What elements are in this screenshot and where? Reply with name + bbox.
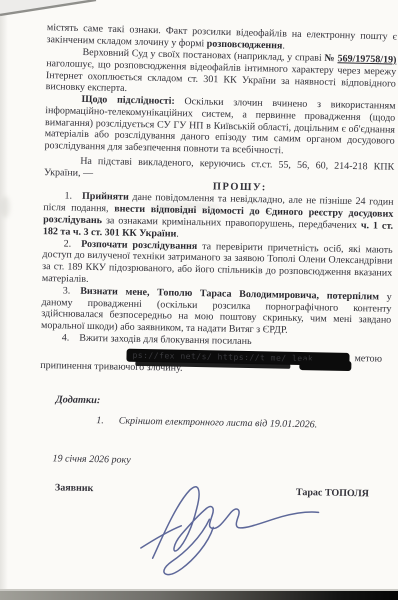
bleed-through-artifact: [1, 196, 10, 218]
attachment-item-1: 1. Скріншот електронного листа від 19.01…: [39, 414, 389, 433]
signature-cross-stroke: [141, 525, 181, 549]
attachments-heading: Додатки:: [40, 394, 390, 413]
scan-bottom-edge: [0, 589, 398, 600]
document-body: містять саме такі ознаки. Факт розсилки …: [36, 22, 397, 597]
signature-descender-stroke: [164, 518, 214, 575]
request-item-1: 1. Прийняти дане повідомлення та невідкл…: [43, 190, 394, 244]
paragraph-jurisdiction: Щодо підслідності: Оскільки злочин вчине…: [44, 93, 395, 160]
applicant-name: Тарас ТОПОЛЯ: [296, 487, 369, 500]
scanned-document-page: містять саме такі ознаки. Факт розсилки …: [0, 0, 398, 600]
paragraph-supreme-court: Верховний Суд у своїх постановах (наприк…: [46, 46, 397, 102]
signature-row: Заявник Тарас ТОПОЛЯ: [38, 482, 388, 501]
request-item-3: 3. Визнати мене, Тополю Тараса Володимир…: [41, 285, 392, 339]
date-line: 19 січня 2026 року: [38, 453, 388, 472]
request-item-2: 2. Розпочати розслідування та перевірити…: [42, 238, 393, 292]
page-corner-fold: [0, 0, 100, 20]
redaction-after-text: метою: [354, 353, 382, 365]
applicant-label: Заявник: [55, 482, 94, 495]
scan-left-edge-shadow: [0, 0, 8, 600]
